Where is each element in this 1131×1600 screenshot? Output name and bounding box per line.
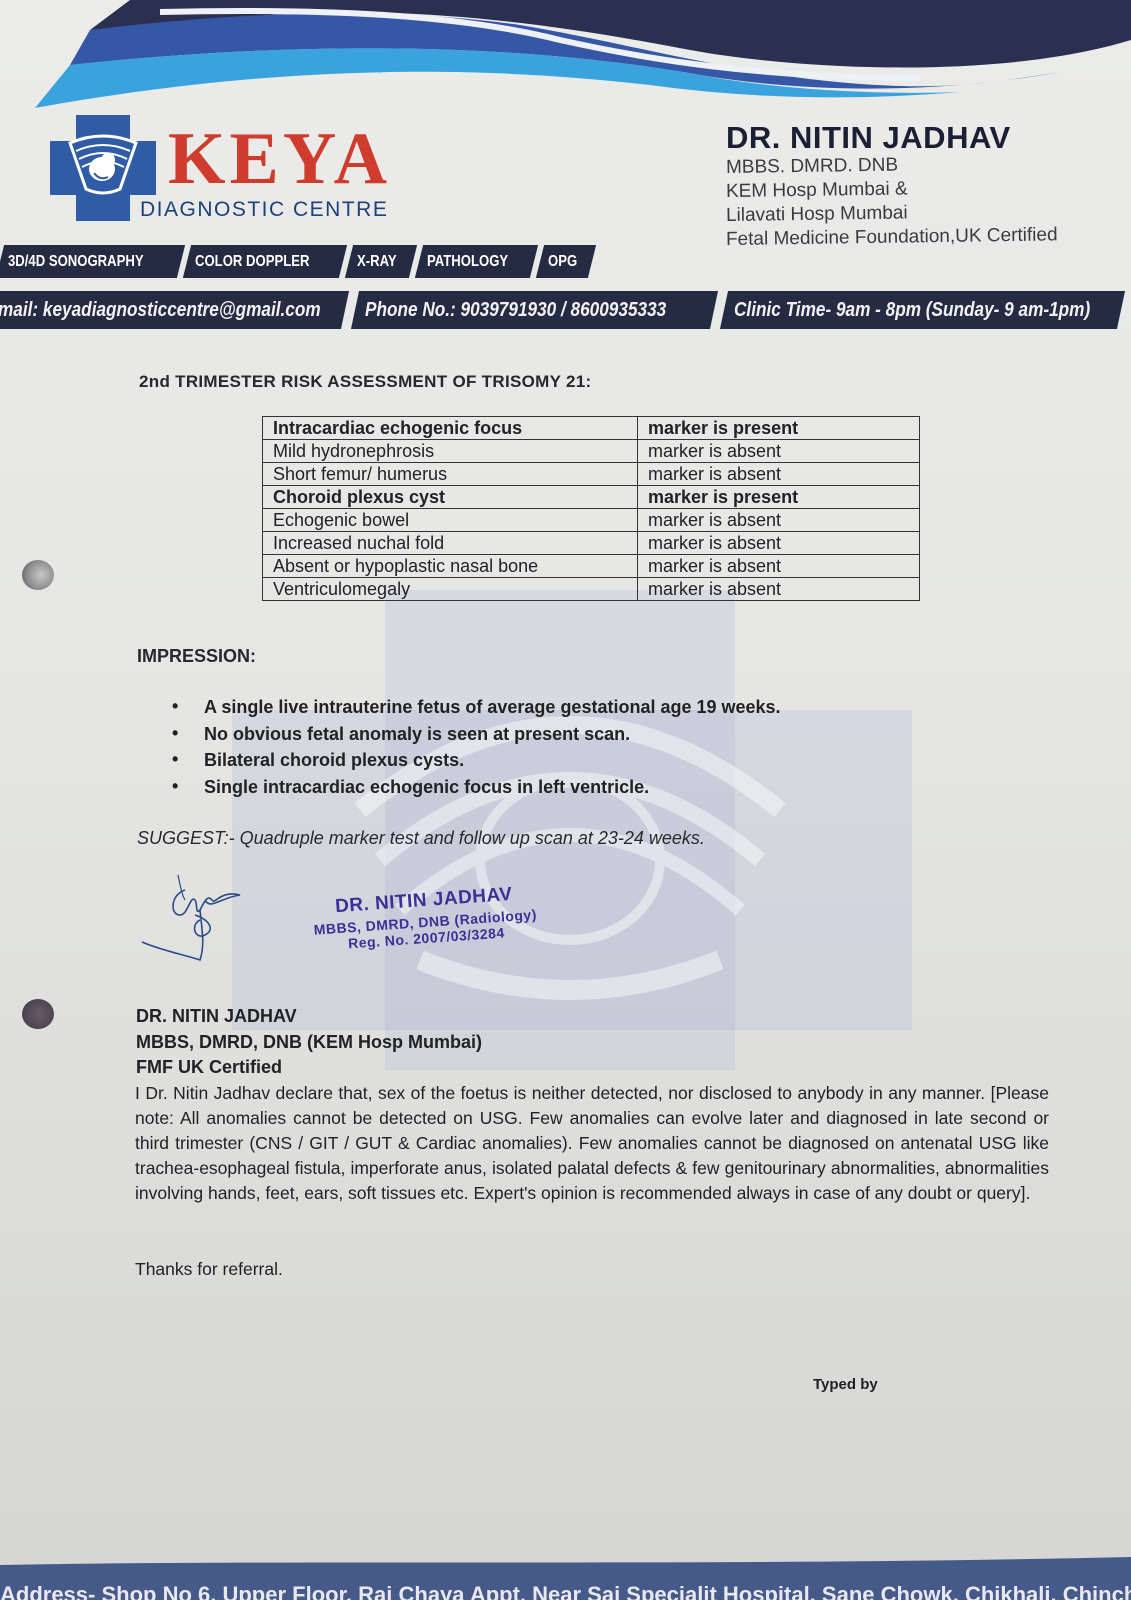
typed-by-label: Typed by xyxy=(813,1376,878,1393)
impression-item: Single intracardiac echogenic focus in l… xyxy=(172,777,781,804)
marker-name: Intracardiac echogenic focus xyxy=(263,417,638,440)
punch-hole xyxy=(22,560,54,590)
services-bar: 3D/4D SONOGRAPHY COLOR DOPPLER X-RAY PAT… xyxy=(0,244,485,279)
impression-title: IMPRESSION: xyxy=(137,646,256,667)
contact-bar: mail: keyadiagnosticcentre@gmail.com Pho… xyxy=(0,290,1131,330)
table-row: Mild hydronephrosis marker is absent xyxy=(263,440,920,463)
marker-name: Short femur/ humerus xyxy=(263,463,638,486)
table-row: Increased nuchal fold marker is absent xyxy=(263,532,920,555)
service-tag: X-RAY xyxy=(345,245,418,278)
brand-name: KEYA xyxy=(168,122,391,196)
suggestion: SUGGEST:- Quadruple marker test and foll… xyxy=(137,828,705,849)
marker-name: Choroid plexus cyst xyxy=(263,486,638,509)
impression-item: A single live intrauterine fetus of aver… xyxy=(172,697,781,724)
soft-markers-table: Intracardiac echogenic focus marker is p… xyxy=(262,416,920,601)
marker-status: marker is absent xyxy=(638,509,920,532)
marker-name: Ventriculomegaly xyxy=(263,578,638,601)
marker-status: marker is present xyxy=(638,486,920,509)
service-tag: OPG xyxy=(536,245,596,278)
service-tag: 3D/4D SONOGRAPHY xyxy=(0,245,185,278)
clinic-time: Clinic Time- 9am - 8pm (Sunday- 9 am-1pm… xyxy=(720,291,1125,329)
impression-list: A single live intrauterine fetus of aver… xyxy=(172,697,781,803)
fetus-ultrasound-icon xyxy=(64,133,142,203)
footer-address: Address- Shop No 6, Upper Floor, Rai Cha… xyxy=(0,1582,1131,1600)
table-row: Intracardiac echogenic focus marker is p… xyxy=(263,417,920,440)
marker-status: marker is absent xyxy=(638,555,920,578)
declaration-text: I Dr. Nitin Jadhav declare that, sex of … xyxy=(135,1081,1049,1206)
section-title: 2nd TRIMESTER RISK ASSESSMENT OF TRISOMY… xyxy=(139,372,591,392)
table-row: Echogenic bowel marker is absent xyxy=(263,509,920,532)
service-tag: COLOR DOPPLER xyxy=(183,245,347,278)
thanks-note: Thanks for referral. xyxy=(135,1259,283,1280)
marker-status: marker is absent xyxy=(638,532,920,555)
impression-item: No obvious fetal anomaly is seen at pres… xyxy=(172,724,781,751)
signatory-name: DR. NITIN JADHAV xyxy=(136,1004,482,1030)
marker-status: marker is absent xyxy=(638,463,920,486)
marker-name: Echogenic bowel xyxy=(263,509,638,532)
signatory-qualifications: MBBS, DMRD, DNB (KEM Hosp Mumbai) xyxy=(136,1030,482,1056)
signatory-certification: FMF UK Certified xyxy=(136,1055,482,1081)
punch-hole xyxy=(22,999,54,1029)
table-row: Ventriculomegaly marker is absent xyxy=(263,578,920,601)
marker-name: Absent or hypoplastic nasal bone xyxy=(263,555,638,578)
marker-status: marker is absent xyxy=(638,578,920,601)
marker-status: marker is present xyxy=(638,417,920,440)
brand-subtitle: DIAGNOSTIC CENTRE xyxy=(140,199,388,220)
service-tag: PATHOLOGY xyxy=(415,245,538,278)
marker-status: marker is absent xyxy=(638,440,920,463)
marker-name: Mild hydronephrosis xyxy=(263,440,638,463)
impression-item: Bilateral choroid plexus cysts. xyxy=(172,750,781,777)
table-row: Choroid plexus cyst marker is present xyxy=(263,486,920,509)
header-wave-decoration xyxy=(0,0,1131,125)
table-row: Absent or hypoplastic nasal bone marker … xyxy=(263,555,920,578)
marker-name: Increased nuchal fold xyxy=(263,532,638,555)
doctor-name: DR. NITIN JADHAV xyxy=(726,120,1058,156)
email-contact: mail: keyadiagnosticcentre@gmail.com xyxy=(0,291,349,329)
handwritten-signature xyxy=(140,870,250,970)
doctor-certification: Fetal Medicine Foundation,UK Certified xyxy=(726,223,1058,252)
phone-contact: Phone No.: 9039791930 / 8600935333 xyxy=(351,291,718,329)
doctor-header-info: DR. NITIN JADHAV MBBS. DMRD. DNB KEM Hos… xyxy=(726,120,1058,252)
table-row: Short femur/ humerus marker is absent xyxy=(263,463,920,486)
signatory-block: DR. NITIN JADHAV MBBS, DMRD, DNB (KEM Ho… xyxy=(136,1004,482,1081)
